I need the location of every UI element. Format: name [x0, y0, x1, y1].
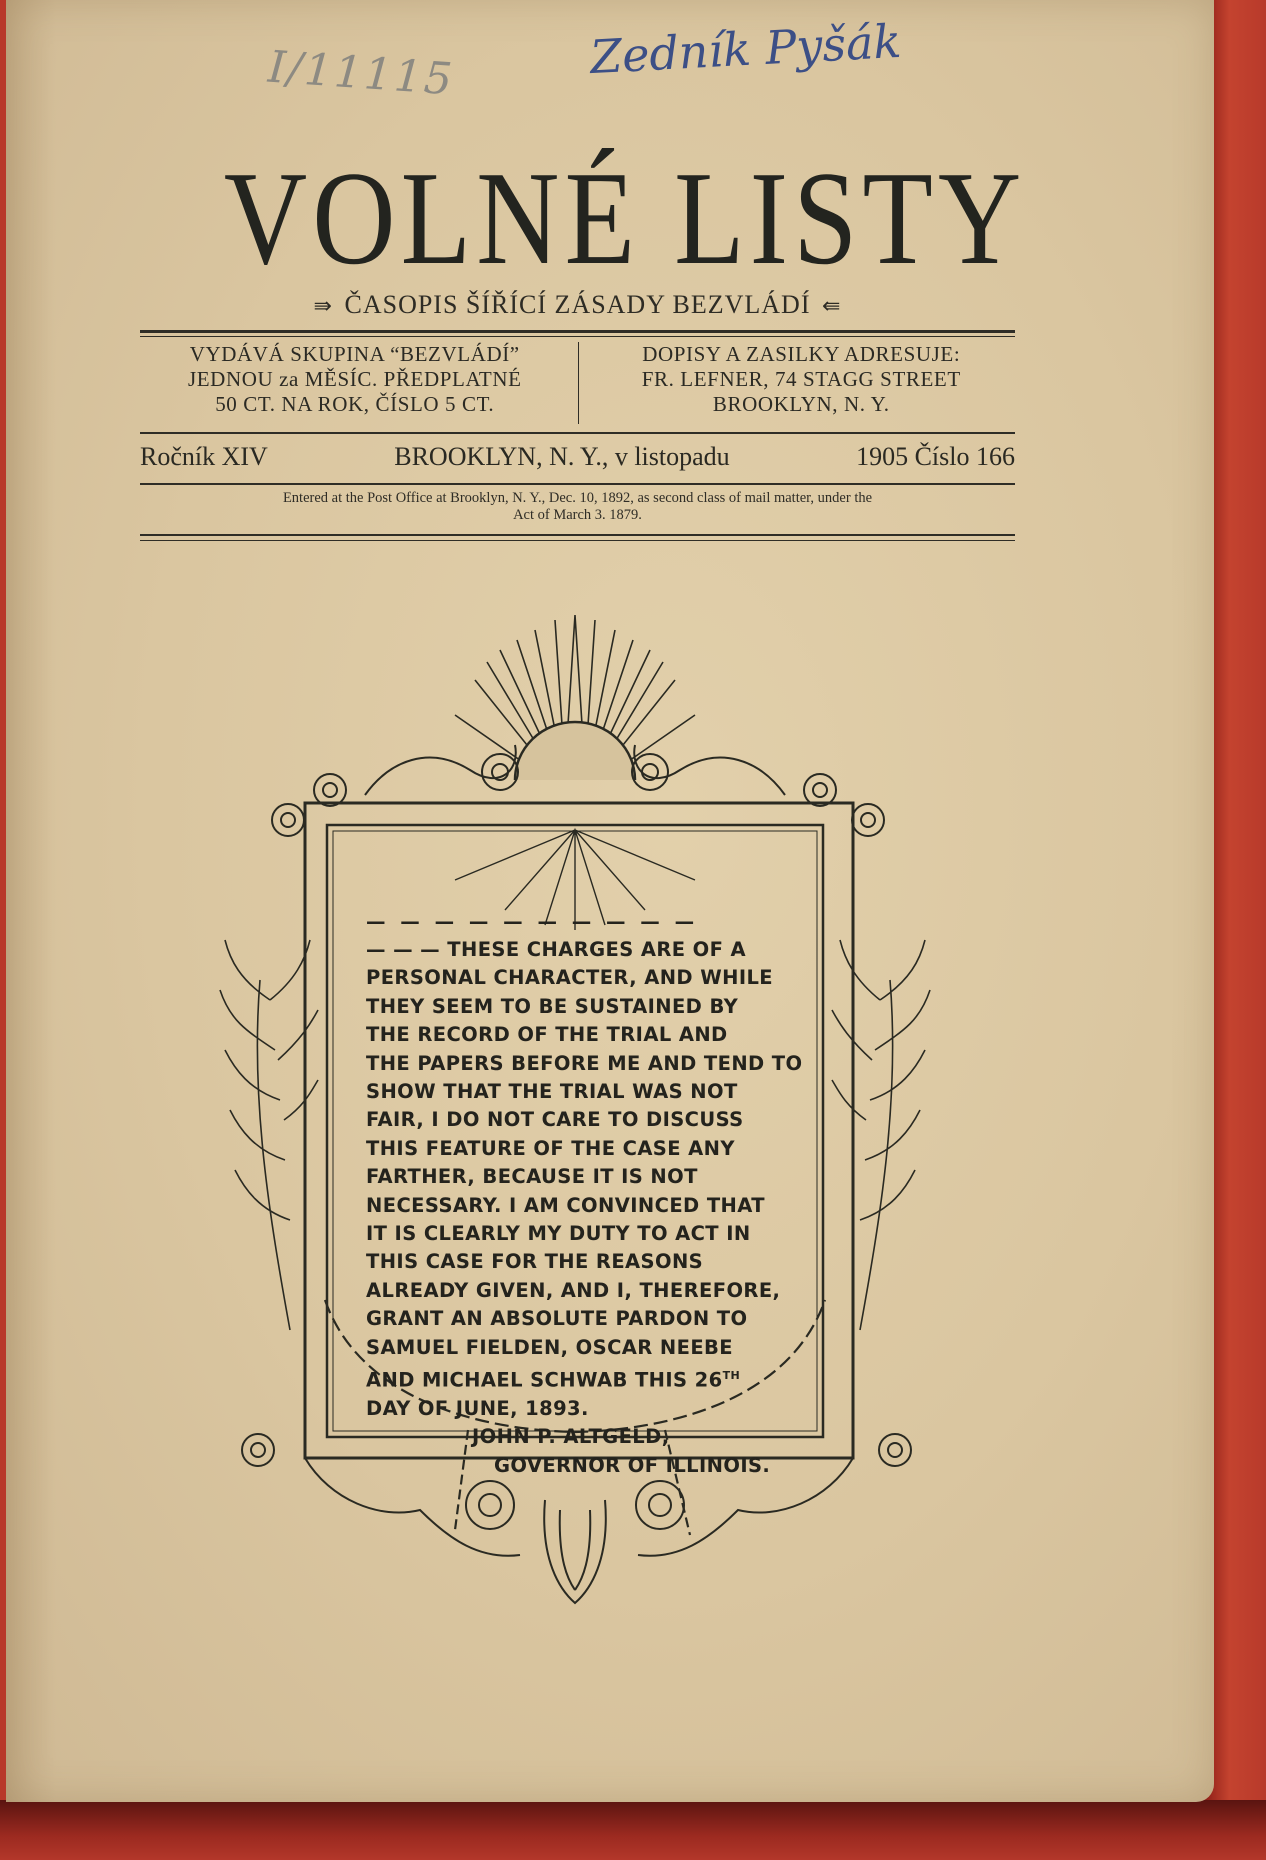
ordinal-suffix: TH [723, 1369, 741, 1382]
proclamation-line: PERSONAL CHARACTER, AND WHILE [366, 964, 796, 992]
proclamation-line: DAY OF JUNE, 1893. [366, 1395, 796, 1423]
proclamation-line: THE RECORD OF THE TRIAL AND [366, 1021, 796, 1049]
proclamation-line-text: AND MICHAEL SCHWAB THIS 26 [366, 1369, 723, 1392]
proclamation-line: AND MICHAEL SCHWAB THIS 26TH [366, 1362, 796, 1395]
proclamation-line: SAMUEL FIELDEN, OSCAR NEEBE [366, 1334, 796, 1362]
red-background-bottom [0, 1800, 1266, 1860]
decorative-dashes: — — — — — — — — — — [366, 908, 796, 936]
proclamation-line: FAIR, I DO NOT CARE TO DISCUSS [366, 1106, 796, 1134]
proclamation-line: — — — THESE CHARGES ARE OF A [366, 936, 796, 964]
postal-notice: Entered at the Post Office at Brooklyn, … [140, 490, 1015, 524]
altgeld-pardon-proclamation: — — — — — — — — — — — — — THESE CHARGES … [366, 908, 796, 1480]
masthead-subtitle: ⇛ ČASOPIS ŠÍŘÍCÍ ZÁSADY BEZVLÁDÍ ⇚ [140, 290, 1015, 320]
volume: Ročník XIV [140, 442, 268, 472]
proclamation-line: THIS FEATURE OF THE CASE ANY [366, 1135, 796, 1163]
correspondence-address: DOPISY A ZASILKY ADRESUJE: FR. LEFNER, 7… [579, 342, 1019, 424]
rule-top-thick [140, 330, 1015, 333]
spine-fold [6, 0, 56, 1802]
rule-top-thin [140, 336, 1015, 337]
issue-line: Ročník XIV BROOKLYN, N. Y., v listopadu … [140, 442, 1015, 472]
postal-notice-line: Entered at the Post Office at Brooklyn, … [140, 490, 1015, 507]
signature-title: GOVERNOR OF ILLINOIS. [366, 1452, 796, 1480]
rule-lower [140, 483, 1015, 485]
proclamation-line: ALREADY GIVEN, AND I, THEREFORE, [366, 1277, 796, 1305]
proclamation-line: NECESSARY. I AM CONVINCED THAT [366, 1192, 796, 1220]
proclamation-line: FARTHER, BECAUSE IT IS NOT [366, 1163, 796, 1191]
right-ornament-icon: ⇚ [822, 293, 841, 318]
proclamation-line: THE PAPERS BEFORE ME AND TEND TO [366, 1050, 796, 1078]
info-right-line: DOPISY A ZASILKY ADRESUJE: [585, 342, 1019, 367]
rule-bottom-thin [140, 540, 1015, 541]
rule-bottom-thick [140, 534, 1015, 536]
publisher-subscription: VYDÁVÁ SKUPINA “BEZVLÁDÍ” JEDNOU za MĚSÍ… [138, 342, 579, 424]
subtitle-text: ČASOPIS ŠÍŘÍCÍ ZÁSADY BEZVLÁDÍ [344, 290, 810, 319]
info-left-line: 50 CT. NA ROK, ČÍSLO 5 CT. [138, 392, 572, 417]
red-background-edge [1205, 0, 1266, 1860]
proclamation-line: THIS CASE FOR THE REASONS [366, 1248, 796, 1276]
info-right-line: FR. LEFNER, 74 STAGG STREET [585, 367, 1019, 392]
info-right-line: BROOKLYN, N. Y. [585, 392, 1019, 417]
place-date: BROOKLYN, N. Y., v listopadu [394, 442, 729, 472]
proclamation-line: IT IS CLEARLY MY DUTY TO ACT IN [366, 1220, 796, 1248]
proclamation-line: THEY SEEM TO BE SUSTAINED BY [366, 993, 796, 1021]
masthead-title: VOLNÉ LISTY [81, 158, 1170, 278]
proclamation-line: GRANT AN ABSOLUTE PARDON TO [366, 1305, 796, 1333]
publisher-info: VYDÁVÁ SKUPINA “BEZVLÁDÍ” JEDNOU za MĚSÍ… [138, 342, 1018, 424]
left-ornament-icon: ⇛ [314, 293, 333, 318]
info-left-line: VYDÁVÁ SKUPINA “BEZVLÁDÍ” [138, 342, 572, 367]
proclamation-line: SHOW THAT THE TRIAL WAS NOT [366, 1078, 796, 1106]
signature-name: JOHN P. ALTGELD, [366, 1423, 796, 1451]
year-issue-number: 1905 Číslo 166 [856, 442, 1015, 472]
rule-mid [140, 432, 1015, 434]
info-left-line: JEDNOU za MĚSÍC. PŘEDPLATNÉ [138, 367, 572, 392]
postal-notice-line: Act of March 3. 1879. [140, 507, 1015, 524]
